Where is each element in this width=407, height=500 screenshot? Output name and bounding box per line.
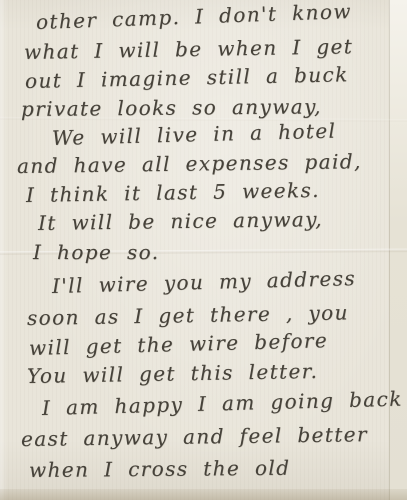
letter-line-4: private looks so anyway, — [21, 94, 322, 121]
letter-line-11: soon as I get there , you — [27, 300, 349, 330]
letter-line-1: other camp. I don't know — [36, 0, 353, 34]
letter-line-7: I think it last 5 weeks. — [26, 178, 320, 207]
letter-line-12: will get the wire before — [29, 328, 329, 360]
paper-edge-left-highlight — [0, 0, 7, 500]
letter-line-3: out I imagine still a buck — [25, 62, 349, 93]
letter-line-16: when I cross the old — [29, 456, 291, 482]
letter-line-13: You will get this letter. — [27, 359, 319, 388]
paper-edge-bottom-shadow — [0, 489, 407, 500]
letter-page: other camp. I don't know what I will be … — [0, 0, 407, 500]
letter-line-8: It will be nice anyway, — [38, 207, 323, 235]
letter-line-9: I hope so. — [33, 240, 160, 264]
letter-line-6: and have all expenses paid, — [17, 149, 362, 178]
letter-line-15: east anyway and feel better — [21, 422, 368, 451]
letter-line-5: We will live in a hotel — [52, 119, 337, 150]
letter-line-10: I'll wire you my address — [52, 266, 357, 298]
letter-line-2: what I will be when I get — [24, 34, 354, 64]
letter-line-14: I am happy I am going back — [42, 387, 403, 420]
